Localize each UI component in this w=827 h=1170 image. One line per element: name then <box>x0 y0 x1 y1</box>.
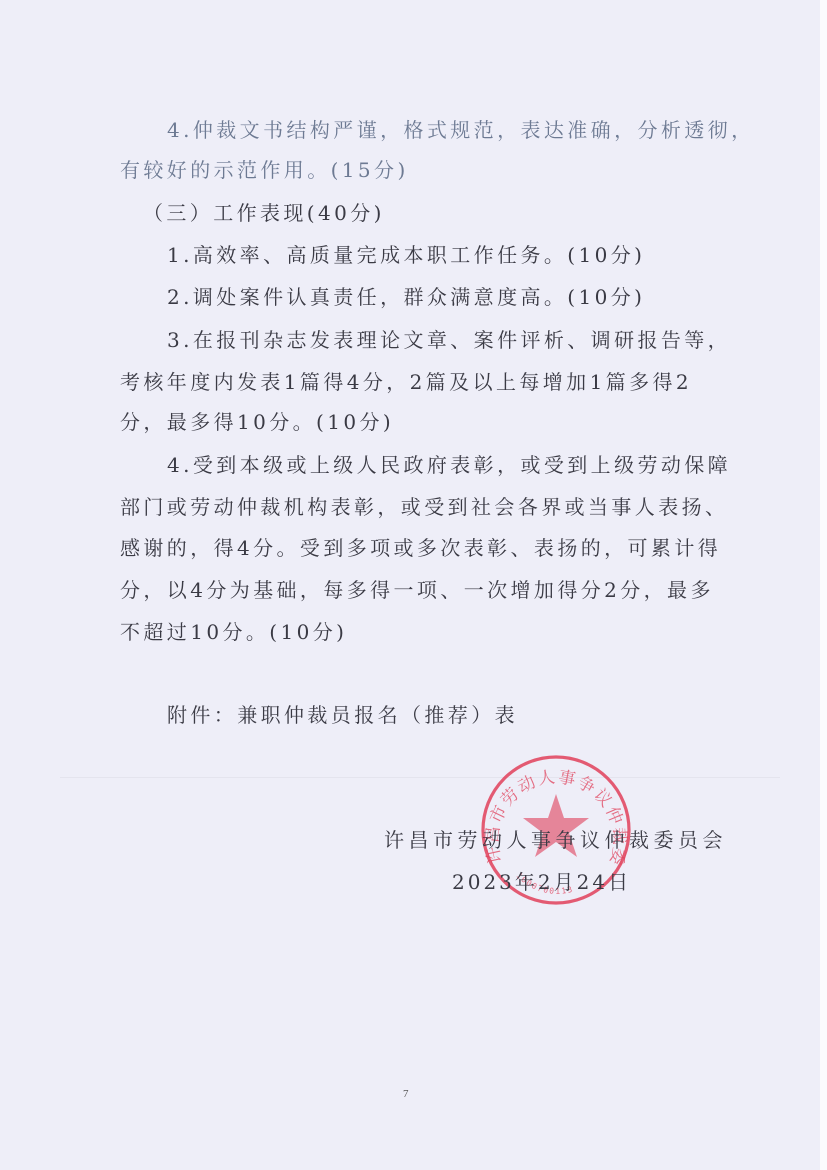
scan-edge <box>820 0 827 1170</box>
paragraph-line: 部门或劳动仲裁机构表彰，或受到社会各界或当事人表扬、 <box>120 494 728 520</box>
paragraph-line: 3.在报刊杂志发表理论文章、案件评析、调研报告等， <box>167 327 731 353</box>
paragraph-line: 4.仲裁文书结构严谨，格式规范，表达准确，分析透彻， <box>167 117 754 143</box>
section-heading: （三）工作表现(40分) <box>143 200 385 226</box>
signature-organization: 许昌市劳动人事争议仲裁委员会 <box>384 827 727 853</box>
paragraph-line: 感谢的，得4分。受到多项或多次表彰、表扬的，可累计得 <box>120 535 721 561</box>
paragraph-line: 2.调处案件认真责任，群众满意度高。(10分) <box>167 284 645 310</box>
paragraph-line: 4.受到本级或上级人民政府表彰，或受到上级劳动保障 <box>167 452 731 478</box>
attachment-note: 附件：兼职仲裁员报名（推荐）表 <box>167 702 518 728</box>
paragraph-line: 考核年度内发表1篇得4分，2篇及以上每增加1篇多得2 <box>120 369 692 395</box>
paragraph-line: 1.高效率、高质量完成本职工作任务。(10分) <box>167 242 645 268</box>
scan-artifact-line <box>60 777 780 778</box>
signature-date: 2023年2月24日 <box>452 869 631 895</box>
paragraph-line: 有较好的示范作用。(15分) <box>120 157 409 183</box>
paragraph-line: 分，以4分为基础，每多得一项、一次增加得分2分，最多 <box>120 577 714 603</box>
page-number: 7 <box>403 1088 409 1100</box>
paragraph-line: 不超过10分。(10分) <box>120 619 347 645</box>
paragraph-line: 分，最多得10分。(10分) <box>120 409 394 435</box>
